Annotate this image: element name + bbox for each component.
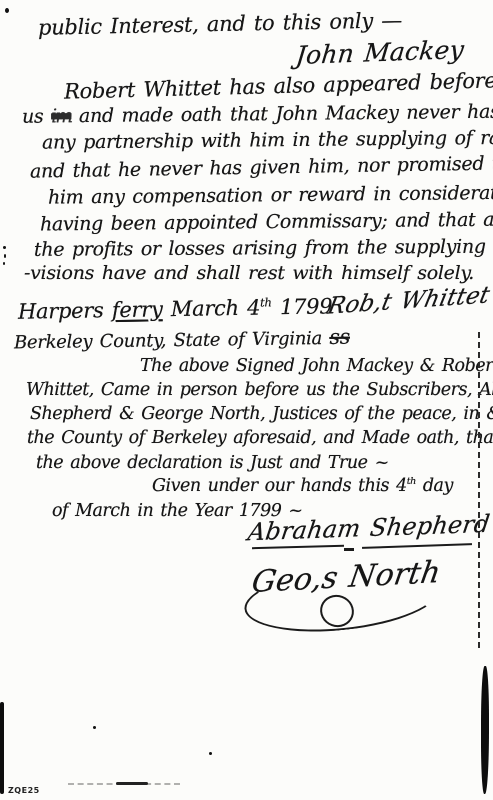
manuscript-dateline: Harpers ferry March 4th 1799 [18, 294, 333, 323]
place-name-underlined: ferry [112, 297, 163, 322]
manuscript-line: Whittet, Came in person before us the Su… [26, 380, 493, 400]
scan-speck [209, 752, 212, 755]
scan-speck [93, 726, 96, 729]
scan-artifact-right-dashed-line [478, 332, 480, 648]
manuscript-line: the profits or losses arising from the s… [34, 235, 493, 261]
manuscript-line: the County of Berkeley aforesaid, and Ma… [27, 428, 493, 448]
date-text: March 4 [171, 296, 261, 322]
scilicet-ss-mark: ss [329, 325, 350, 349]
document-page: public Interest, and to this only — John… [0, 0, 493, 800]
manuscript-line: Shepherd & George North, Justices of the… [30, 404, 493, 424]
scan-speck [3, 262, 5, 265]
manuscript-county-line: Berkeley County, State of Virginia ss [14, 325, 350, 354]
signature-underline-flourish [362, 543, 472, 549]
manuscript-line: us im and made oath that John Mackey nev… [22, 100, 493, 127]
scan-speck [4, 254, 6, 258]
manuscript-line: Robert Whittet has also appeared before [64, 68, 493, 103]
closing-text: day [423, 476, 453, 496]
signature-underline-flourish [344, 548, 354, 551]
county-text: Berkeley County, State of Virginia [14, 328, 322, 353]
manuscript-line: the above declaration is Just and True ~ [36, 453, 389, 473]
signature-john-mackey: John Mackey [295, 35, 466, 70]
ordinal-suffix: th [260, 295, 272, 309]
struck-out-word: im [51, 105, 71, 127]
scan-artifact-bottom-dash [116, 782, 148, 785]
manuscript-line: him any compensation or reward in consid… [48, 181, 493, 208]
ordinal-suffix: th [407, 476, 416, 487]
signature-rob-whittet: Rob,t Whittet [325, 282, 492, 320]
scan-artifact-left-edge [0, 702, 4, 794]
manuscript-line: -visions have and shall rest with himsel… [24, 262, 474, 284]
manuscript-closing-line: Given under our hands this 4th day [152, 476, 453, 496]
year-text: 1799 [280, 294, 333, 319]
catalog-label: ZQE25 [8, 786, 40, 795]
manuscript-line: having been appointed Commissary; and th… [40, 209, 493, 236]
manuscript-line: any partnership with him in the supplyin… [42, 126, 493, 153]
manuscript-line: and that he never has given him, nor pro… [30, 151, 493, 182]
closing-text: Given under our hands this 4 [152, 476, 407, 496]
line-text: us [22, 105, 44, 127]
manuscript-line: The above Signed John Mackey & Robert [140, 356, 493, 376]
scan-speck [3, 246, 6, 249]
place-name: Harpers [18, 298, 104, 323]
scan-artifact-right-edge [481, 666, 489, 794]
scan-speck [5, 8, 9, 13]
manuscript-line-opening: public Interest, and to this only — [38, 8, 402, 40]
line-text: and made oath that John Mackey never has… [79, 100, 493, 127]
